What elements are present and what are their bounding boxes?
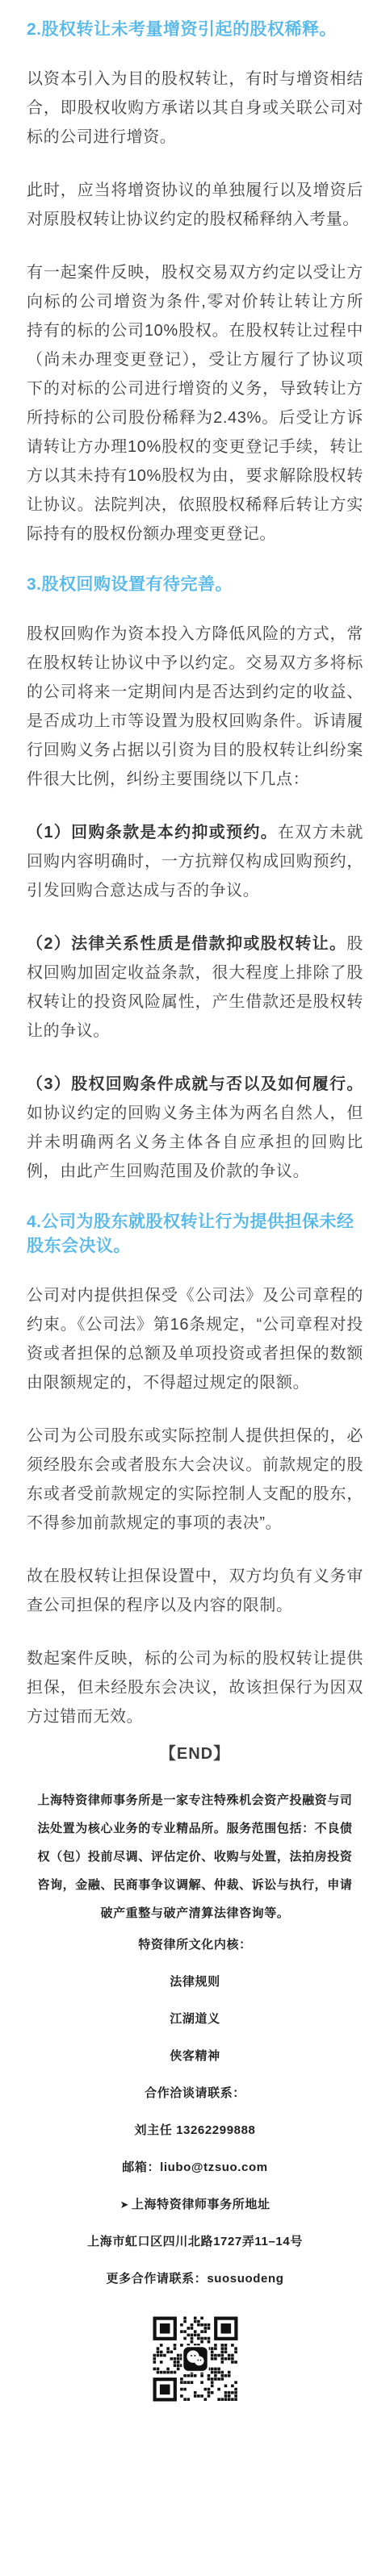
firm-description: 上海特资律师事务所是一家专注特殊机会资产投融资与司法处置为核心业务的专业精品所。… — [27, 1786, 363, 1927]
list-item-2: （2）法律关系性质是借款抑或股权转让。股权回购加固定收益条款，很大程度上排除了股… — [27, 929, 363, 1046]
qr-code-container — [27, 2308, 363, 2414]
culture-title: 特资律所文化内核： — [27, 1937, 363, 1953]
list-item-1-lead: （1）回购条款是本约抑或预约。 — [27, 824, 278, 841]
culture-item: 江湖道义 — [27, 2011, 363, 2027]
list-item-3-lead: （3）股权回购条件成就与否以及如何履行。 — [27, 1075, 363, 1093]
list-item-2-lead: （2）法律关系性质是借款抑或股权转让。 — [27, 935, 346, 953]
contact-email: 邮箱：liubo@tzsuo.com — [27, 2160, 363, 2176]
paragraph: 公司为公司股东或实际控制人提供担保的，必须经股东会或者股东大会决议。前款规定的股… — [27, 1422, 363, 1538]
arrow-right-icon: ➤ — [120, 2198, 129, 2211]
paragraph: 以资本引入为目的股权转让，有时与增资相结合，即股权收购方承诺以其自身或关联公司对… — [27, 65, 363, 152]
paragraph: 数起案件反映，标的公司为标的股权转让提供担保，但未经股东会决议，故该担保行为因双… — [27, 1644, 363, 1731]
paragraph: 股权回购作为资本投入方降低风险的方式，常在股权转让协议中予以约定。交易双方多将标… — [27, 620, 363, 794]
more-contact: 更多合作请联系：suosuodeng — [27, 2271, 363, 2287]
section-heading-3: 3.股权回购设置有待完善。 — [27, 573, 363, 597]
section-heading-2: 2.股权转让未考量增资引起的股权稀释。 — [27, 18, 363, 42]
contact-person-phone: 刘主任 13262299888 — [27, 2123, 363, 2139]
paragraph: 此时，应当将增资协议的单独履行以及增资后对原股权转让协议约定的股权稀释纳入考量。 — [27, 176, 363, 234]
address-title-text: 上海特资律师事务所地址 — [132, 2198, 270, 2211]
contact-title: 合作洽谈请联系： — [27, 2085, 363, 2102]
paragraph: 有一起案件反映，股权交易双方约定以受让方向标的公司增资为条件,零对价转让转让方所… — [27, 258, 363, 549]
culture-item: 侠客精神 — [27, 2048, 363, 2065]
wechat-qr-code — [145, 2308, 246, 2410]
culture-item: 法律规则 — [27, 1974, 363, 1990]
paragraph: 故在股权转让担保设置中，双方均负有义务审查公司担保的程序以及内容的限制。 — [27, 1562, 363, 1620]
address-title: ➤上海特资律师事务所地址 — [27, 2197, 363, 2213]
paragraph: 公司对内提供担保受《公司法》及公司章程的约束。《公司法》第16条规定，“公司章程… — [27, 1281, 363, 1397]
list-item-3: （3）股权回购条件成就与否以及如何履行。如协议约定的回购义务主体为两名自然人，但… — [27, 1070, 363, 1186]
section-heading-4: 4.公司为股东就股权转让行为提供担保未经股东会决议。 — [27, 1210, 363, 1259]
end-marker: 【END】 — [27, 1743, 363, 1765]
list-item-1: （1）回购条款是本约抑或预约。在双方未就回购内容明确时，一方抗辩仅构成回购预约，… — [27, 818, 363, 905]
address: 上海市虹口区四川北路1727弄11–14号 — [27, 2234, 363, 2250]
list-item-3-body: 如协议约定的回购义务主体为两名自然人，但并未明确两名义务主体各自应承担的回购比例… — [27, 1104, 363, 1180]
article-page: 2.股权转让未考量增资引起的股权稀释。 以资本引入为目的股权转让，有时与增资相结… — [0, 0, 390, 2576]
